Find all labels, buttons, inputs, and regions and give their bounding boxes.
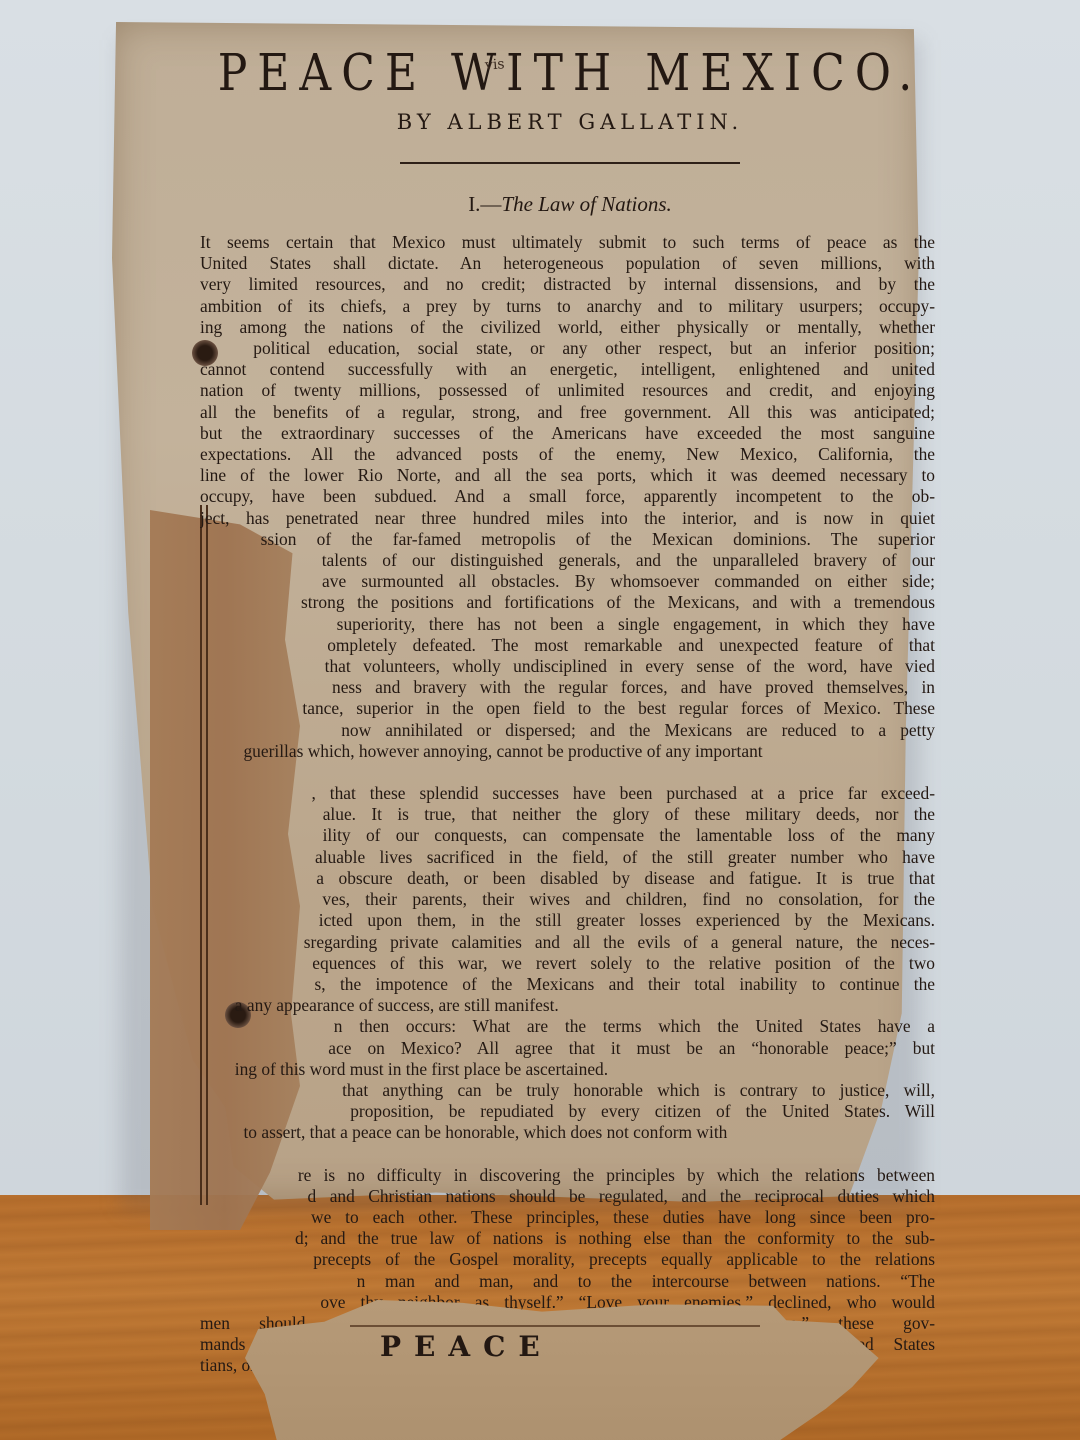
text-line: talents of our distinguished generals, a… bbox=[200, 550, 935, 571]
text-line: ing among the nations of the civilized w… bbox=[200, 317, 935, 338]
text-line: line of the lower Rio Norte, and all the… bbox=[200, 465, 935, 486]
text-line: icted upon them, in the still greater lo… bbox=[200, 910, 935, 931]
text-line: proposition, be repudiated by every citi… bbox=[200, 1101, 935, 1122]
text-line: political education, social state, or an… bbox=[200, 338, 935, 359]
text-line: guerillas which, however annoying, canno… bbox=[200, 741, 935, 762]
text-line: that anything can be truly honorable whi… bbox=[200, 1080, 935, 1101]
text-line: n man and man, and to the intercourse be… bbox=[200, 1271, 935, 1292]
text-line: but the extraordinary successes of the A… bbox=[200, 423, 935, 444]
text-line: ove thy neighbor as thyself.” “Love your… bbox=[200, 1292, 935, 1313]
text-line: all the benefits of a regular, strong, a… bbox=[200, 402, 935, 423]
fragment-rule-line bbox=[350, 1325, 760, 1327]
section-number: I.— bbox=[468, 192, 501, 216]
text-line: we to each other. These principles, thes… bbox=[200, 1207, 935, 1228]
text-line: ave surmounted all obstacles. By whomsoe… bbox=[200, 571, 935, 592]
text-line: s, the impotence of the Mexicans and the… bbox=[200, 974, 935, 995]
text-line: very limited resources, and no credit; d… bbox=[200, 274, 935, 295]
header-divider bbox=[400, 162, 740, 164]
document-body: It seems certain that Mexico must ultima… bbox=[200, 232, 935, 1377]
text-line: ambition of its chiefs, a prey by turns … bbox=[200, 296, 935, 317]
text-line: ject, has penetrated near three hundred … bbox=[200, 508, 935, 529]
paragraph-gap bbox=[200, 762, 935, 783]
document-header: PEACE WITH MEXICO. BY ALBERT GALLATIN. I… bbox=[190, 50, 950, 217]
text-line: cannot contend successfully with an ener… bbox=[200, 359, 935, 380]
text-line: ace on Mexico? All agree that it must be… bbox=[200, 1038, 935, 1059]
paragraph-gap bbox=[200, 1144, 935, 1165]
section-title: The Law of Nations. bbox=[501, 192, 671, 216]
handwritten-annotation: vis bbox=[484, 56, 505, 73]
text-line: , that these splendid successes have bee… bbox=[200, 783, 935, 804]
text-line: ility of our conquests, can compensate t… bbox=[200, 825, 935, 846]
section-heading: I.—The Law of Nations. bbox=[190, 192, 950, 217]
text-line: d and Christian nations should be regula… bbox=[200, 1186, 935, 1207]
text-line: that volunteers, wholly undisciplined in… bbox=[200, 656, 935, 677]
text-line: d; and the true law of nations is nothin… bbox=[200, 1228, 935, 1249]
fragment-title: PEACE bbox=[380, 1330, 553, 1363]
text-line: n then occurs: What are the terms which … bbox=[200, 1016, 935, 1037]
text-line: equences of this war, we revert solely t… bbox=[200, 953, 935, 974]
text-line: precepts of the Gospel morality, precept… bbox=[200, 1249, 935, 1270]
text-line: ness and bravery with the regular forces… bbox=[200, 677, 935, 698]
text-line: United States shall dictate. An heteroge… bbox=[200, 253, 935, 274]
text-line: aluable lives sacrificed in the field, o… bbox=[200, 847, 935, 868]
text-line: superiority, there has not been a single… bbox=[200, 614, 935, 635]
text-line: ompletely defeated. The most remarkable … bbox=[200, 635, 935, 656]
document-title: PEACE WITH MEXICO. bbox=[190, 46, 950, 102]
text-line: ssion of the far-famed metropolis of the… bbox=[200, 529, 935, 550]
text-line: alue. It is true, that neither the glory… bbox=[200, 804, 935, 825]
text-line: occupy, have been subdued. And a small f… bbox=[200, 486, 935, 507]
text-line: expectations. All the advanced posts of … bbox=[200, 444, 935, 465]
text-line: a any appearance of success, are still m… bbox=[200, 995, 935, 1016]
document-byline: BY ALBERT GALLATIN. bbox=[190, 110, 950, 134]
text-line: nation of twenty millions, possessed of … bbox=[200, 380, 935, 401]
text-line: ing of this word must in the first place… bbox=[200, 1059, 935, 1080]
text-line: strong the positions and fortifications … bbox=[200, 592, 935, 613]
text-line: tance, superior in the open field to the… bbox=[200, 698, 935, 719]
text-line: sregarding private calamities and all th… bbox=[200, 932, 935, 953]
text-line: It seems certain that Mexico must ultima… bbox=[200, 232, 935, 253]
text-line: ves, their parents, their wives and chil… bbox=[200, 889, 935, 910]
text-line: a obscure death, or been disabled by dis… bbox=[200, 868, 935, 889]
text-line: now annihilated or dispersed; and the Me… bbox=[200, 720, 935, 741]
text-line: to assert, that a peace can be honorable… bbox=[200, 1122, 935, 1143]
text-line: re is no difficulty in discovering the p… bbox=[200, 1165, 935, 1186]
